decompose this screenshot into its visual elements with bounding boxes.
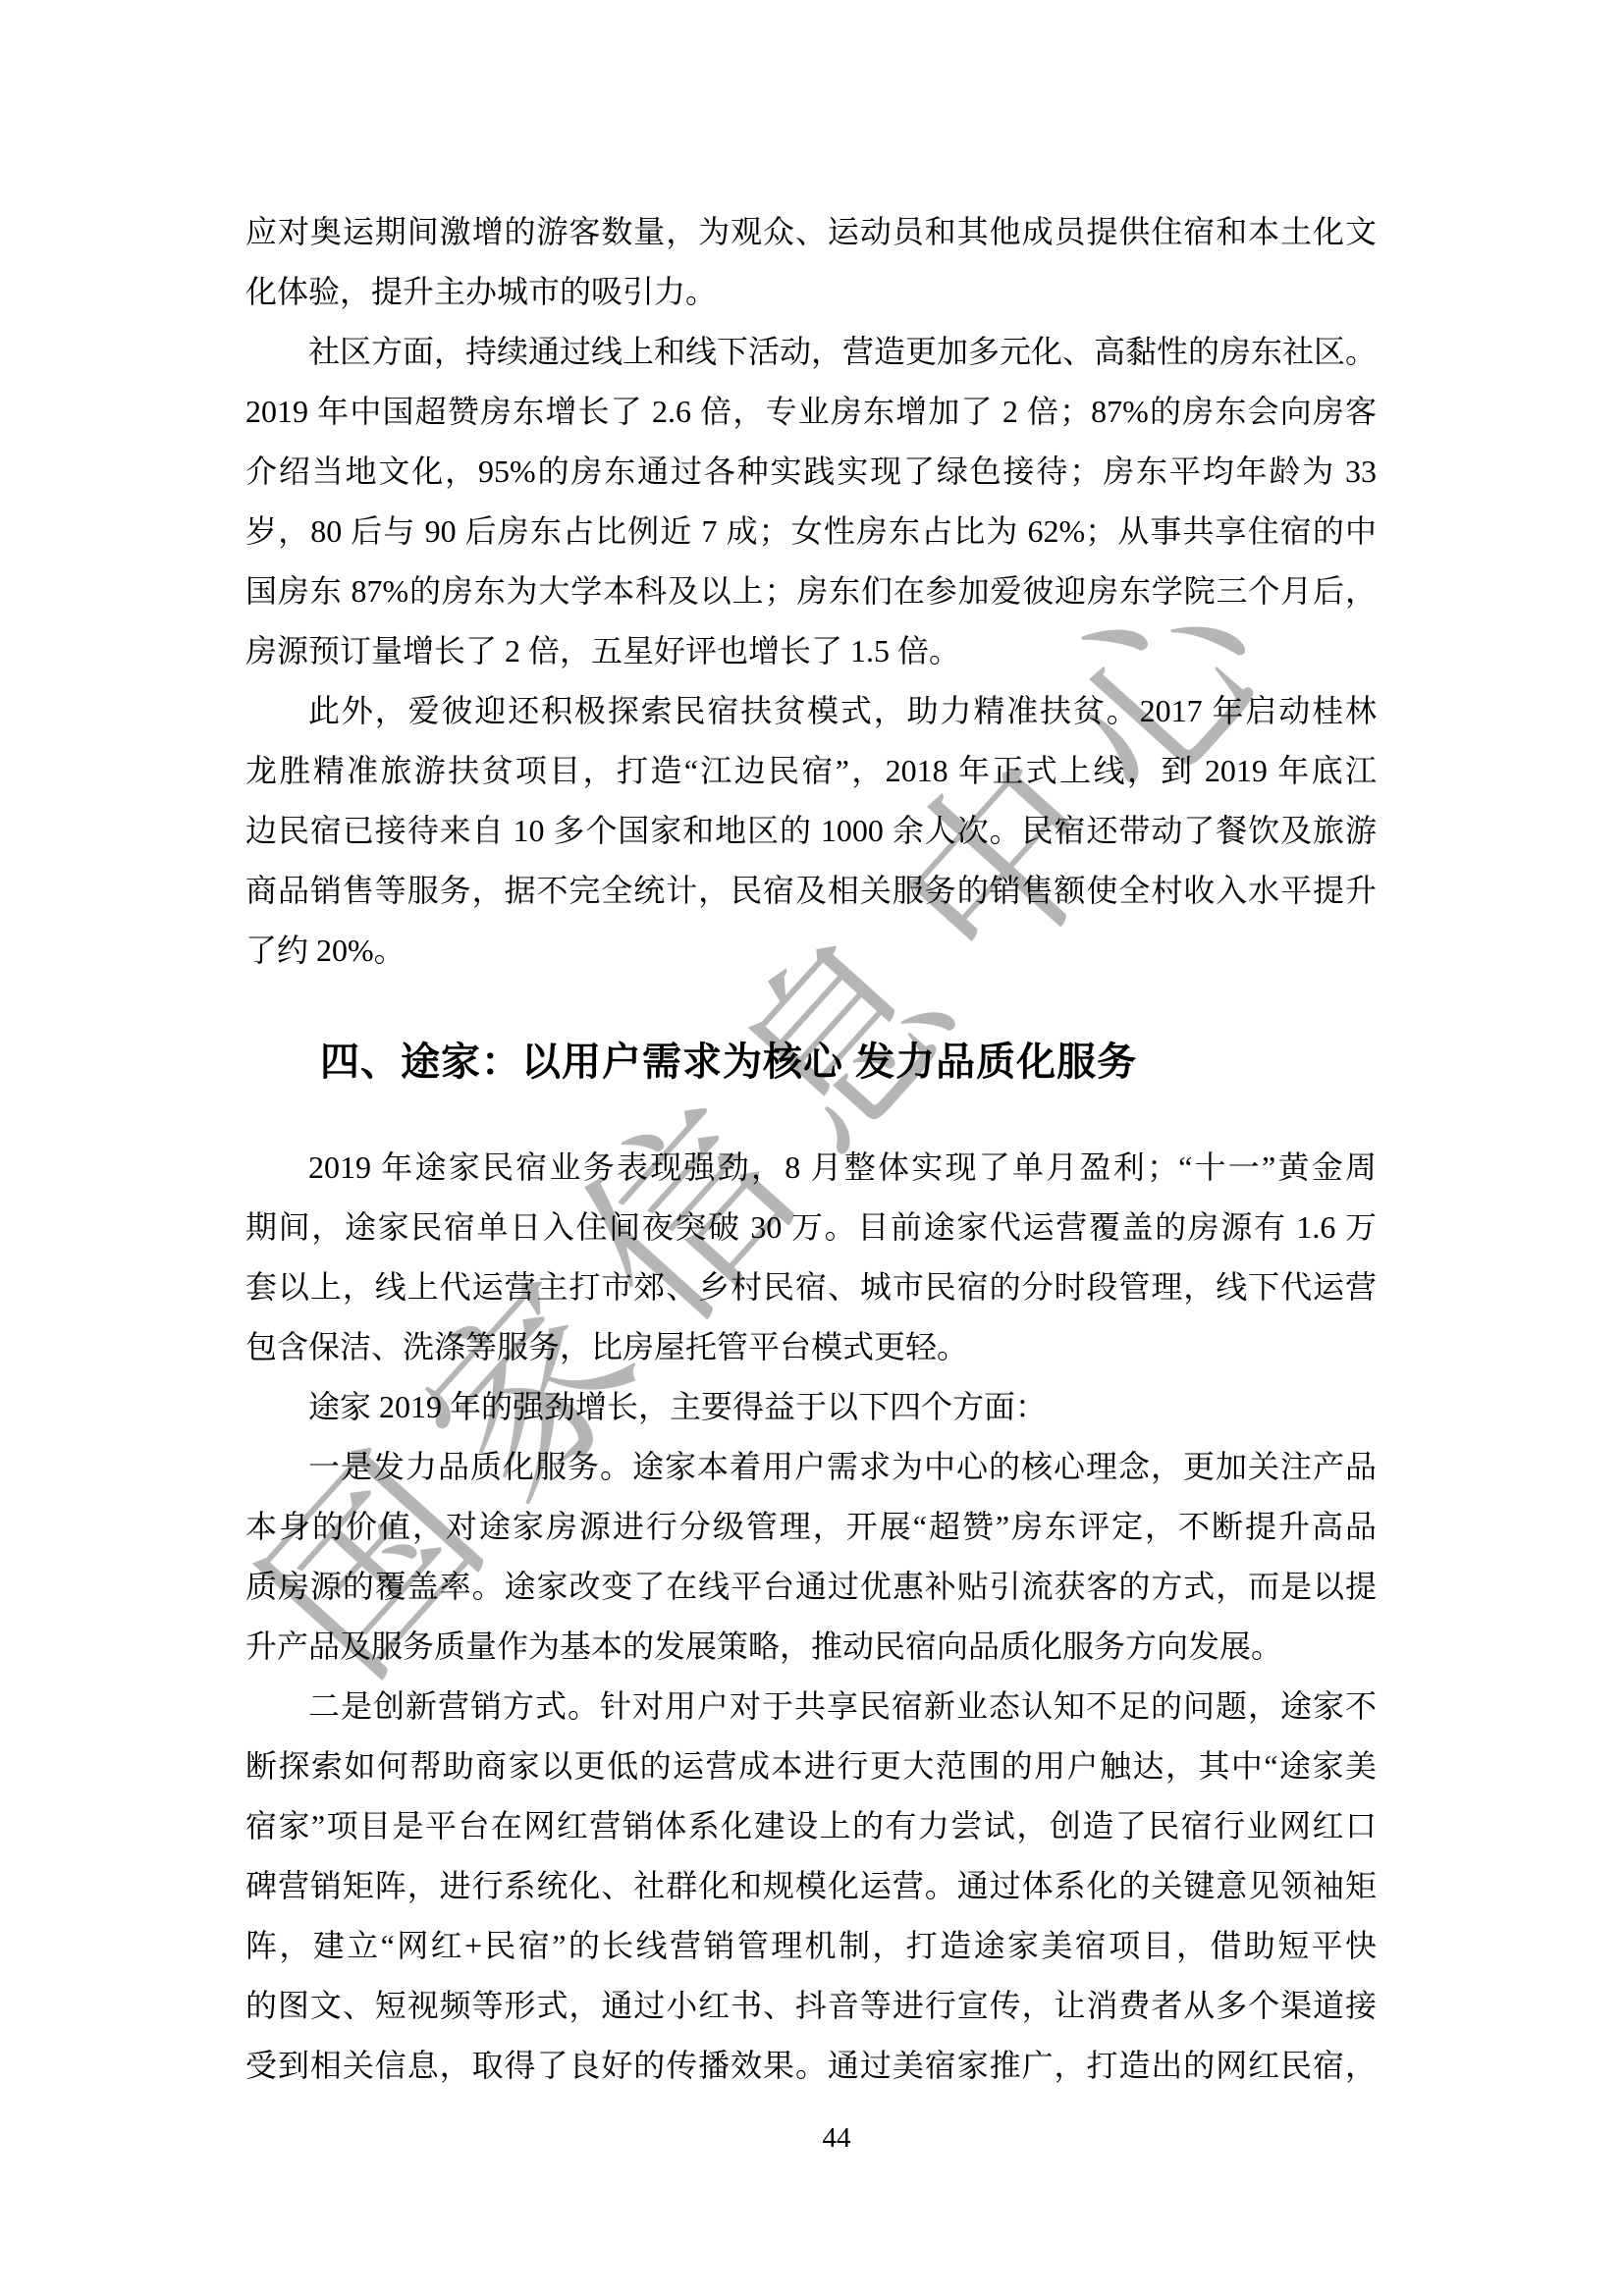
- text-line: 岁，80 后与 90 后房东占比例近 7 成；女性房东占比为 62%；从事共享住…: [245, 502, 1377, 561]
- text-line: 应对奥运期间激增的游客数量，为观众、运动员和其他成员提供住宿和本土化文: [245, 202, 1377, 262]
- text-line: 了约 20%。: [245, 921, 1377, 981]
- text-line: 介绍当地文化，95%的房东通过各种实践实现了绿色接待；房东平均年龄为 33: [245, 442, 1377, 502]
- text-line: 2019 年途家民宿业务表现强劲，8 月整体实现了单月盈利；“十一”黄金周: [245, 1138, 1377, 1198]
- text-line: 期间，途家民宿单日入住间夜突破 30 万。目前途家代运营覆盖的房源有 1.6 万: [245, 1198, 1377, 1257]
- page-number: 44: [25, 2118, 1624, 2158]
- text-line: 质房源的覆盖率。途家改变了在线平台通过优惠补贴引流获客的方式，而是以提: [245, 1557, 1377, 1617]
- text-line: 受到相关信息，取得了良好的传播效果。通过美宿家推广，打造出的网红民宿，: [245, 2036, 1377, 2096]
- text-line: 碑营销矩阵，进行系统化、社群化和规模化运营。通过体系化的关键意见领袖矩: [245, 1856, 1377, 1916]
- text-line: 一是发力品质化服务。途家本着用户需求为中心的核心理念，更加关注产品: [245, 1437, 1377, 1497]
- text-line: 断探索如何帮助商家以更低的运营成本进行更大范围的用户触达，其中“途家美: [245, 1736, 1377, 1796]
- text-line: 二是创新营销方式。针对用户对于共享民宿新业态认知不足的问题，途家不: [245, 1677, 1377, 1736]
- text-line: 龙胜精准旅游扶贫项目，打造“江边民宿”，2018 年正式上线，到 2019 年底…: [245, 741, 1377, 801]
- text-line: 社区方面，持续通过线上和线下活动，营造更加多元化、高黏性的房东社区。: [245, 322, 1377, 382]
- section-heading: 四、途家：以用户需求为核心 发力品质化服务: [320, 1033, 1377, 1093]
- text-line: 2019 年中国超赞房东增长了 2.6 倍，专业房东增加了 2 倍；87%的房东…: [245, 382, 1377, 442]
- text-line: 此外，爱彼迎还积极探索民宿扶贫模式，助力精准扶贫。2017 年启动桂林: [245, 681, 1377, 741]
- text-line: 套以上，线上代运营主打市郊、乡村民宿、城市民宿的分时段管理，线下代运营: [245, 1257, 1377, 1317]
- text-line: 房源预订量增长了 2 倍，五星好评也增长了 1.5 倍。: [245, 621, 1377, 681]
- text-line: 途家 2019 年的强劲增长，主要得益于以下四个方面：: [245, 1377, 1377, 1437]
- text-line: 宿家”项目是平台在网红营销体系化建设上的有力尝试，创造了民宿行业网红口: [245, 1796, 1377, 1856]
- document-page: 国家信息中心 应对奥运期间激增的游客数量，为观众、运动员和其他成员提供住宿和本土…: [0, 0, 1624, 2296]
- text-line: 边民宿已接待来自 10 多个国家和地区的 1000 余人次。民宿还带动了餐饮及旅…: [245, 801, 1377, 861]
- text-line: 包含保洁、洗涤等服务，比房屋托管平台模式更轻。: [245, 1317, 1377, 1377]
- text-line: 升产品及服务质量作为基本的发展策略，推动民宿向品质化服务方向发展。: [245, 1617, 1377, 1677]
- text-line: 阵，建立“网红+民宿”的长线营销管理机制，打造途家美宿项目，借助短平快: [245, 1916, 1377, 1976]
- text-line: 商品销售等服务，据不完全统计，民宿及相关服务的销售额使全村收入水平提升: [245, 861, 1377, 921]
- text-line: 的图文、短视频等形式，通过小红书、抖音等进行宣传，让消费者从多个渠道接: [245, 1976, 1377, 2036]
- text-line: 国房东 87%的房东为大学本科及以上；房东们在参加爱彼迎房东学院三个月后，: [245, 561, 1377, 621]
- text-line: 化体验，提升主办城市的吸引力。: [245, 262, 1377, 322]
- document-body: 应对奥运期间激增的游客数量，为观众、运动员和其他成员提供住宿和本土化文化体验，提…: [245, 202, 1377, 2096]
- text-line: 本身的价值，对途家房源进行分级管理，开展“超赞”房东评定，不断提升高品: [245, 1497, 1377, 1557]
